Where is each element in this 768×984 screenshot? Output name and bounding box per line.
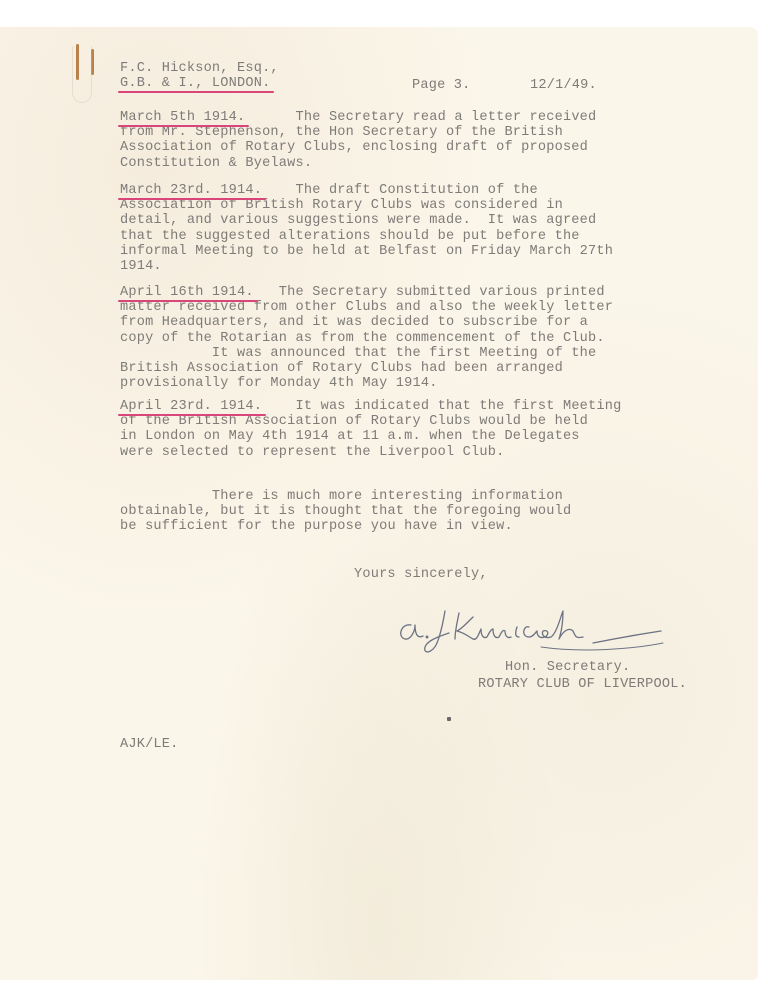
page-label: Page 3. [412, 78, 471, 93]
ink-dot [447, 717, 451, 721]
minutes-entry: April 23rd. 1914. It was indicated that … [120, 399, 621, 460]
entry-text-line: Association of British Rotary Clubs was … [120, 198, 563, 213]
entry-text-line: Association of Rotary Clubs, enclosing d… [120, 140, 588, 155]
closing-line: be sufficient for the purpose you have i… [120, 519, 513, 534]
entry-text-line: from Headquarters, and it was decided to… [120, 315, 588, 330]
entry-date: March 5th 1914. [120, 110, 245, 125]
signer-title: Hon. Secretary. [505, 660, 630, 675]
valediction: Yours sincerely, [354, 567, 488, 582]
entry-date: March 23rd. 1914. [120, 183, 262, 198]
entry-text-line: It was announced that the first Meeting … [120, 346, 596, 361]
entry-text-line: detail, and various suggestions were mad… [120, 213, 596, 228]
minutes-entry: March 23rd. 1914. The draft Constitution… [120, 183, 613, 274]
recipient-address: G.B. & I., LONDON. [120, 76, 270, 91]
staple-impression [72, 46, 92, 103]
entry-text-line: It was indicated that the first Meeting [262, 399, 621, 414]
letter-date: 12/1/49. [530, 78, 597, 93]
entry-date: April 16th 1914. [120, 285, 254, 300]
entry-text-line: of the British Association of Rotary Clu… [120, 414, 588, 429]
entry-text-line: British Association of Rotary Clubs had … [120, 361, 563, 376]
entry-text-line: in London on May 4th 1914 at 11 a.m. whe… [120, 429, 580, 444]
signer-organization: ROTARY CLUB OF LIVERPOOL. [478, 677, 687, 692]
signature [393, 603, 673, 663]
closing-line: obtainable, but it is thought that the f… [120, 504, 571, 519]
entry-date: April 23rd. 1914. [120, 399, 262, 414]
entry-text-line: Constitution & Byelaws. [120, 156, 312, 171]
minutes-entry: March 5th 1914. The Secretary read a let… [120, 110, 596, 171]
entry-text-line: The Secretary read a letter received [245, 110, 596, 125]
entry-text-line: 1914. [120, 259, 162, 274]
entry-text-line: matter received from other Clubs and als… [120, 300, 613, 315]
reference-initials: AJK/LE. [120, 737, 179, 752]
entry-text-line: The draft Constitution of the [262, 183, 538, 198]
minutes-entry: April 16th 1914. The Secretary submitted… [120, 285, 613, 391]
recipient-name: F.C. Hickson, Esq., [120, 61, 279, 76]
entry-text-line: provisionally for Monday 4th May 1914. [120, 376, 438, 391]
entry-text-line: informal Meeting to be held at Belfast o… [120, 244, 613, 259]
entry-text-line: from Mr. Stephenson, the Hon Secretary o… [120, 125, 563, 140]
recipient-address-text: G.B. & I., LONDON. [120, 76, 270, 91]
entry-text-line: that the suggested alterations should be… [120, 229, 580, 244]
entry-text-line: copy of the Rotarian as from the commenc… [120, 331, 605, 346]
entry-text-line: The Secretary submitted various printed [254, 285, 605, 300]
closing-line: There is much more interesting informati… [120, 489, 563, 504]
entry-text-line: were selected to represent the Liverpool… [120, 445, 504, 460]
closing-paragraph: There is much more interesting informati… [120, 489, 571, 535]
